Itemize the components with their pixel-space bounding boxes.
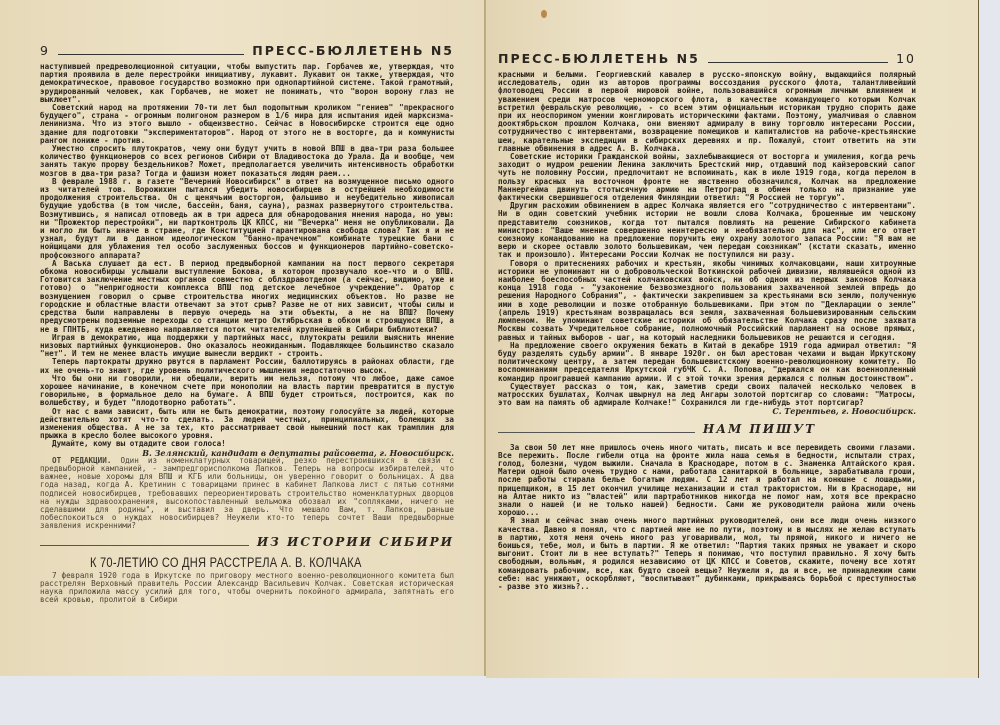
letter-text: За свои 50 лет мне пришлось очень много … [498, 444, 916, 592]
left-page-number: 9 [40, 43, 50, 58]
section-rule-line [498, 432, 695, 433]
signature: С. Терентьев, г. Новосибирск. [498, 407, 916, 415]
right-page: ПРЕСС-БЮЛЛЕТЕНЬ N5 10 красными и белыми.… [486, 0, 979, 678]
paragraph: Уместно спросить плутократов, чему они б… [40, 145, 454, 178]
header-rule [58, 54, 244, 55]
left-page: 9 ПРЕСС-БЮЛЛЕТЕНЬ N5 наступившей предрев… [0, 0, 486, 676]
section-title: НАМ ПИШУТ [703, 422, 816, 436]
left-body-text: наступившей предреволюционной ситуации, … [40, 63, 454, 531]
paragraph: Теперь партократы дружно рвутся в парлам… [40, 358, 454, 374]
paragraph: За свои 50 лет мне пришлось очень много … [498, 444, 916, 518]
editor-note-text: Один из номенклатурных товарищей, резко … [40, 456, 454, 531]
editor-note: ОТ РЕДАКЦИИ. Один из номенклатурных това… [40, 457, 454, 531]
left-running-header: 9 ПРЕСС-БЮЛЛЕТЕНЬ N5 [40, 42, 454, 58]
paragraph: красными и белыми. Георгиевский кавалер … [498, 71, 916, 153]
paragraph: 7 февраля 1920 года в Иркутске по пригов… [40, 572, 454, 605]
paper-stain [541, 10, 547, 18]
section-rule-line [40, 545, 249, 546]
right-running-header: ПРЕСС-БЮЛЛЕТЕНЬ N5 10 [498, 50, 916, 66]
right-header-title: ПРЕСС-БЮЛЛЕТЕНЬ N5 [498, 51, 700, 66]
paragraph: Советский народ на протяжении 70-ти лет … [40, 104, 454, 145]
left-header-title: ПРЕСС-БЮЛЛЕТЕНЬ N5 [252, 43, 454, 58]
right-page-number: 10 [896, 51, 916, 66]
article-text: 7 февраля 1920 года в Иркутске по пригов… [40, 572, 454, 605]
paragraph: Я знал и сейчас знаю очень много партийн… [498, 517, 916, 591]
left-page-content: 9 ПРЕСС-БЮЛЛЕТЕНЬ N5 наступившей предрев… [40, 42, 454, 604]
right-page-content: ПРЕСС-БЮЛЛЕТЕНЬ N5 10 красными и белыми.… [498, 50, 916, 591]
paragraph: Существует рассказ о том, как, заметив с… [498, 383, 916, 408]
paragraph: Говоря о притеснениях рабочих и крестьян… [498, 260, 916, 342]
header-rule [708, 62, 888, 63]
paragraph: В феврале 1988 г. в газете "Вечерний Нов… [40, 178, 454, 260]
section-header-history: ИЗ ИСТОРИИ СИБИРИ [40, 535, 454, 549]
paragraph: На предложение своего окружения бежать в… [498, 342, 916, 383]
paragraph: Играя в демократию, ища поддержки у парт… [40, 334, 454, 359]
paragraph: Другим расхожим обвинением в адрес Колча… [498, 202, 916, 259]
section-header-letters: НАМ ПИШУТ [498, 422, 916, 436]
paragraph: А Васька слушает да ест. В период предвы… [40, 260, 454, 334]
article-title: К 70-ЛЕТИЮ СО ДНЯ РАССТРЕЛА А. В. КОЛЧАК… [90, 555, 388, 570]
section-title: ИЗ ИСТОРИИ СИБИРИ [257, 535, 454, 549]
right-body-text: красными и белыми. Георгиевский кавалер … [498, 71, 916, 416]
paragraph: Советские историки Гражданской войны, за… [498, 153, 916, 202]
paragraph: наступившей предреволюционной ситуации, … [40, 63, 454, 104]
paragraph: От нас с вами зависит, быть или не быть … [40, 408, 454, 441]
paragraph: Что бы они ни говорили, ни обещали, вери… [40, 375, 454, 408]
